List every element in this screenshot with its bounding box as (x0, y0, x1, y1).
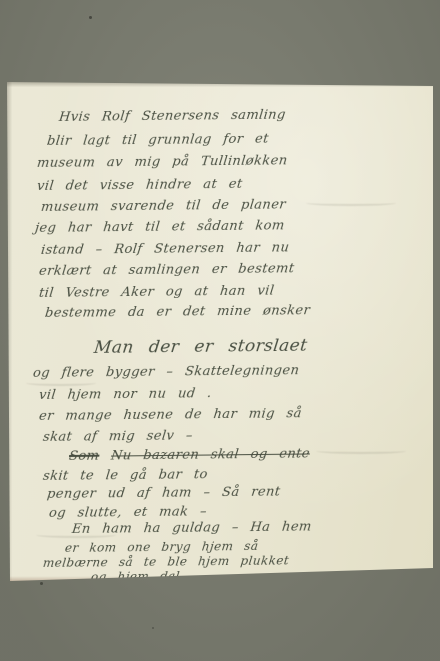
letter-paper: Hvis Rolf Stenersens samling blir lagt t… (6, 80, 434, 582)
handwritten-line: vil hjem nor nu ud . (38, 386, 212, 403)
handwritten-line: blir lagt til grunnlag for et (46, 132, 269, 149)
handwritten-line: museum svarende til de planer (40, 197, 287, 215)
handwritten-line: vil det visse hindre at et (36, 177, 243, 194)
paper-top-shadow (6, 80, 434, 88)
handwritten-line: bestemme da er det mine ønsker (44, 303, 311, 321)
handwritten-line: og hjem dal (90, 569, 180, 584)
handwritten-line: museum av mig på Tullinløkken (36, 153, 288, 171)
handwritten-line: istand – Rolf Stenersen har nu (40, 240, 290, 258)
handwritten-line: Hvis Rolf Stenersens samling (58, 108, 286, 125)
handwritten-line: penger ud af ham – Så rent (46, 485, 281, 502)
dust-speck (89, 16, 92, 19)
handwritten-line: Man der er storslaet (93, 336, 309, 358)
handwritten-line: og slutte, et mak – (48, 504, 208, 521)
show-through-mark (306, 200, 396, 206)
crossed-out-word: Som (68, 449, 100, 464)
photo-background: Hvis Rolf Stenersens samling blir lagt t… (0, 0, 440, 661)
handwritten-line: jeg har havt til et sådant kom (34, 218, 285, 236)
handwritten-line: erklært at samlingen er bestemt (38, 261, 295, 279)
handwritten-line: er kom one bryg hjem så (64, 539, 259, 555)
handwritten-line: En ham ha guldag – Ha hem (71, 519, 312, 537)
handwritten-line: skat af mig selv – (42, 428, 193, 445)
handwritten-line: og flere bygger – Skattelegningen (32, 363, 300, 381)
struck-text: Nu bazaren skal og ente (110, 446, 311, 463)
show-through-mark (316, 448, 406, 454)
handwritten-line: skit te le gå bar to (42, 467, 208, 484)
dust-speck (40, 582, 43, 585)
dust-speck (152, 627, 154, 629)
handwritten-line: er mange husene de har mig så (38, 406, 302, 424)
handwritten-line: til Vestre Aker og at han vil (38, 284, 275, 301)
paper-left-shadow (6, 80, 13, 582)
handwritten-line-struck: Som Nu bazaren skal og ente (68, 446, 311, 464)
paper-bottom-shadow (6, 575, 434, 582)
handwritten-line: melbærne så te ble hjem plukket (42, 553, 290, 570)
